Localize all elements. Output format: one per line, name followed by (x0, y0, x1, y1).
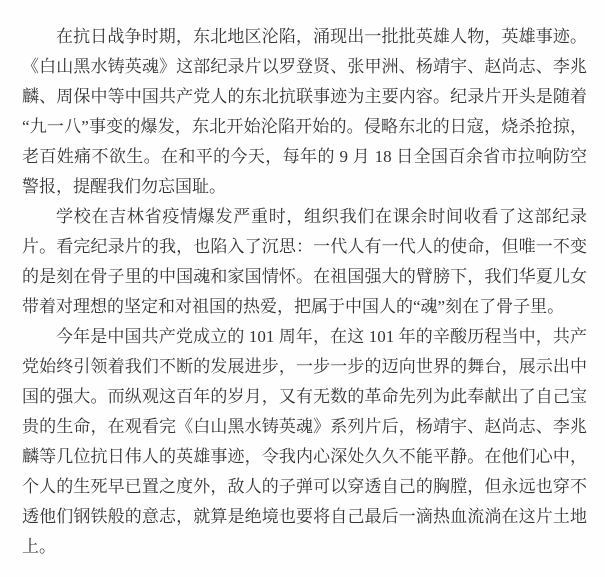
paragraph-school-screening: 学校在吉林省疫情爆发严重时，组织我们在课余时间收看了这部纪录片。看完纪录片的我，… (22, 202, 587, 322)
document-page: 在抗日战争时期，东北地区沦陷，涌现出一批批英雄人物，英雄事迹。《白山黑水铸英魂》… (0, 0, 605, 577)
paragraph-101-anniversary: 今年是中国共产党成立的 101 周年，在这 101 年的辛酸历程当中，共产党始终… (22, 322, 587, 562)
paragraph-war-period: 在抗日战争时期，东北地区沦陷，涌现出一批批英雄人物，英雄事迹。《白山黑水铸英魂》… (22, 22, 587, 202)
document-body: 在抗日战争时期，东北地区沦陷，涌现出一批批英雄人物，英雄事迹。《白山黑水铸英魂》… (22, 22, 587, 562)
